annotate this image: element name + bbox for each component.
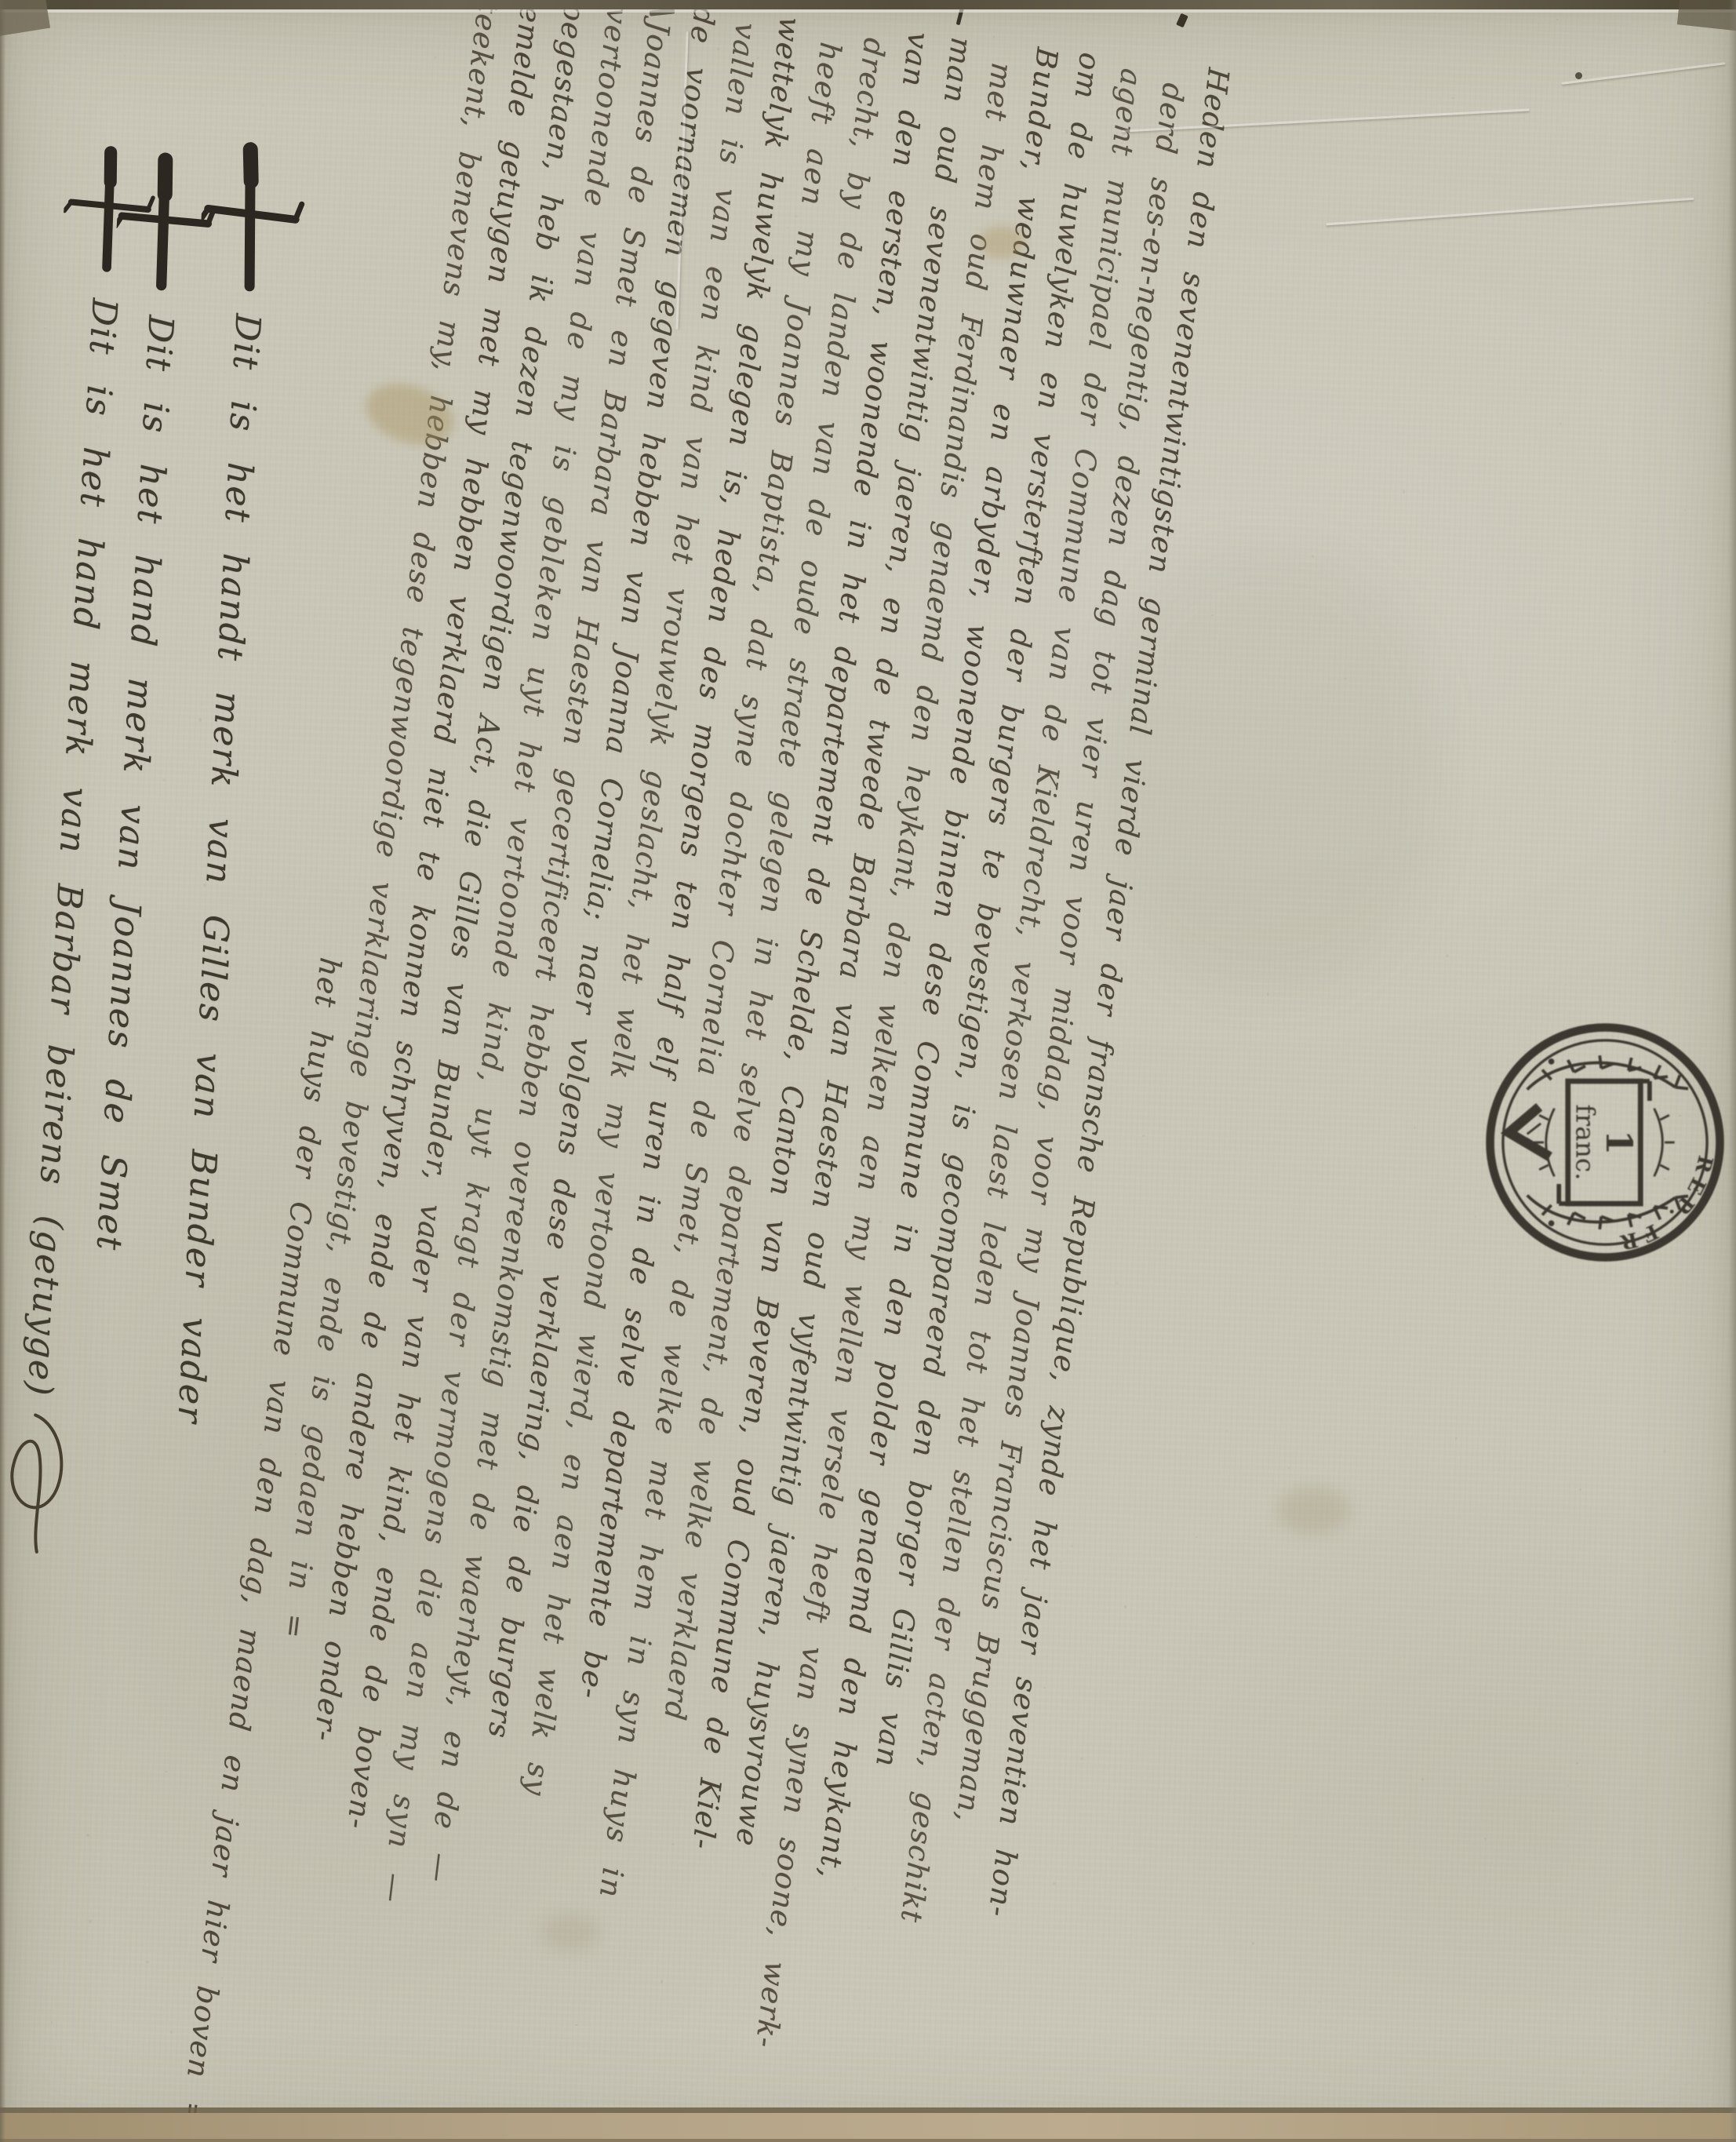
chevron-ornament-icon (1509, 1107, 1550, 1157)
stamp-value-number: 1 (1598, 1130, 1640, 1155)
paper-stain (979, 226, 1024, 259)
page-top-edge-highlight (0, 9, 1736, 13)
flourish-icon (0, 1407, 77, 1560)
ink-spot (1575, 72, 1582, 79)
page-top-edge (0, 0, 1736, 9)
manuscript-text-block: Heden den sevenentwintigsten germinal vi… (184, 0, 1240, 2104)
paper-stain (1277, 1487, 1349, 1534)
rotated-page: REP. FRA. 1 franc. Heden den sevenentwin… (0, 0, 1736, 2142)
paper-stain (541, 1914, 599, 1951)
paper-stain (1098, 549, 1436, 989)
page-right-edge (1729, 0, 1736, 2142)
document-scan: REP. FRA. 1 franc. Heden den sevenentwin… (0, 0, 1736, 2142)
revenue-stamp: REP. FRA. 1 franc. (1480, 1018, 1730, 1267)
page-bottom-edge-shadow (0, 2139, 1736, 2142)
page-left-edge (0, 0, 5, 2142)
signature-cross-icon (60, 138, 160, 285)
page-bottom-edge-strip (0, 2113, 1736, 2142)
stamp-value-unit: franc. (1570, 1104, 1600, 1180)
page-bottom-edge-line (0, 2107, 1736, 2113)
